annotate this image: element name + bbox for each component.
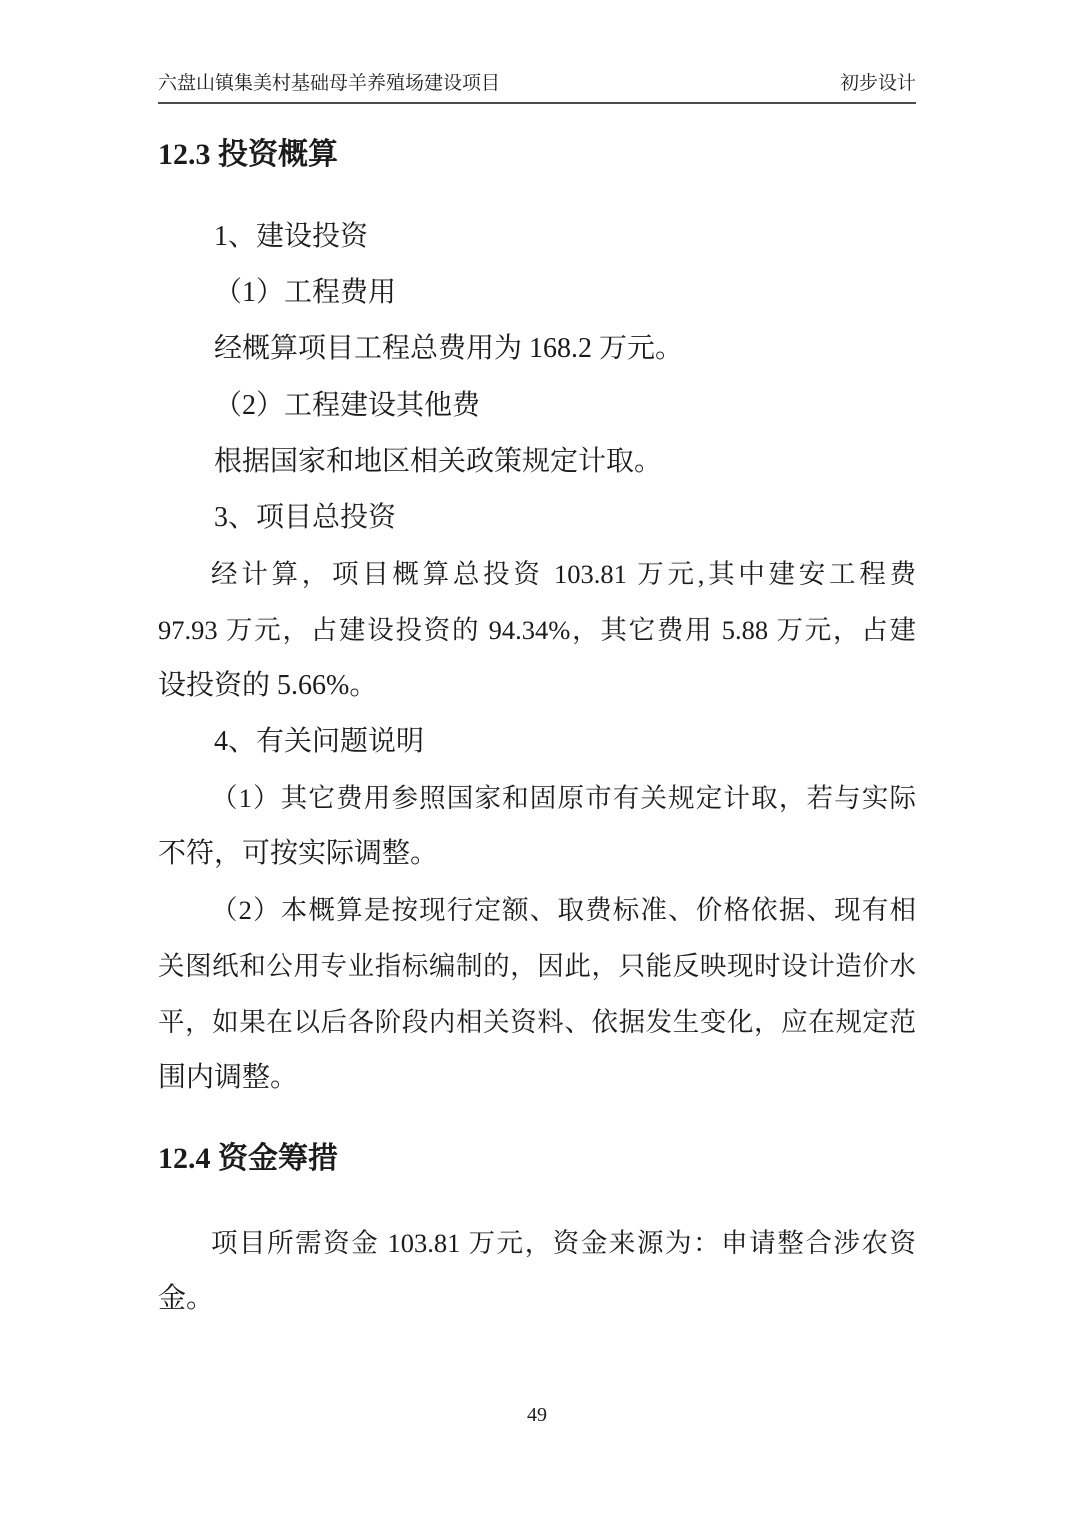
paragraph-line: （1）工程费用 [158,278,916,308]
paragraph-line: 平，如果在以后各阶段内相关资料、依据发生变化，应在规定范 [158,1007,916,1037]
paragraph-line: 金。 [158,1284,916,1314]
paragraph-line: 关图纸和公用专业指标编制的，因此，只能反映现时设计造价水 [158,951,916,981]
paragraph-line: 经计算，项目概算总投资 103.81 万元,其中建安工程费 [158,559,916,589]
paragraph-line: 4、有关问题说明 [158,727,916,757]
paragraph-line: 项目所需资金 103.81 万元，资金来源为：申请整合涉农资 [158,1228,916,1258]
paragraph-line: （2）工程建设其他费 [158,391,916,421]
section-title-12-4: 12.4 资金筹措 [158,1142,338,1176]
document-page: 六盘山镇集美村基础母羊养殖场建设项目 初步设计 12.3 投资概算 1、建设投资… [0,0,1074,1520]
paragraph-line: 不符，可按实际调整。 [158,839,916,869]
section-title-12-3: 12.3 投资概算 [158,138,338,172]
paragraph-line: 97.93 万元，占建设投资的 94.34%，其它费用 5.88 万元，占建 [158,615,916,645]
paragraph-line: 设投资的 5.66%。 [158,671,916,701]
document-body: 12.3 投资概算 1、建设投资 （1）工程费用 经概算项目工程总费用为 168… [158,0,916,1520]
page-number: 49 [0,1402,1074,1428]
paragraph-line: 1、建设投资 [158,222,916,252]
paragraph-line: 围内调整。 [158,1063,916,1093]
paragraph-line: 3、项目总投资 [158,503,916,533]
paragraph-line: （2）本概算是按现行定额、取费标准、价格依据、现有相 [158,895,916,925]
paragraph-line: 经概算项目工程总费用为 168.2 万元。 [158,334,916,364]
paragraph-line: （1）其它费用参照国家和固原市有关规定计取，若与实际 [158,783,916,813]
paragraph-line: 根据国家和地区相关政策规定计取。 [158,447,916,477]
